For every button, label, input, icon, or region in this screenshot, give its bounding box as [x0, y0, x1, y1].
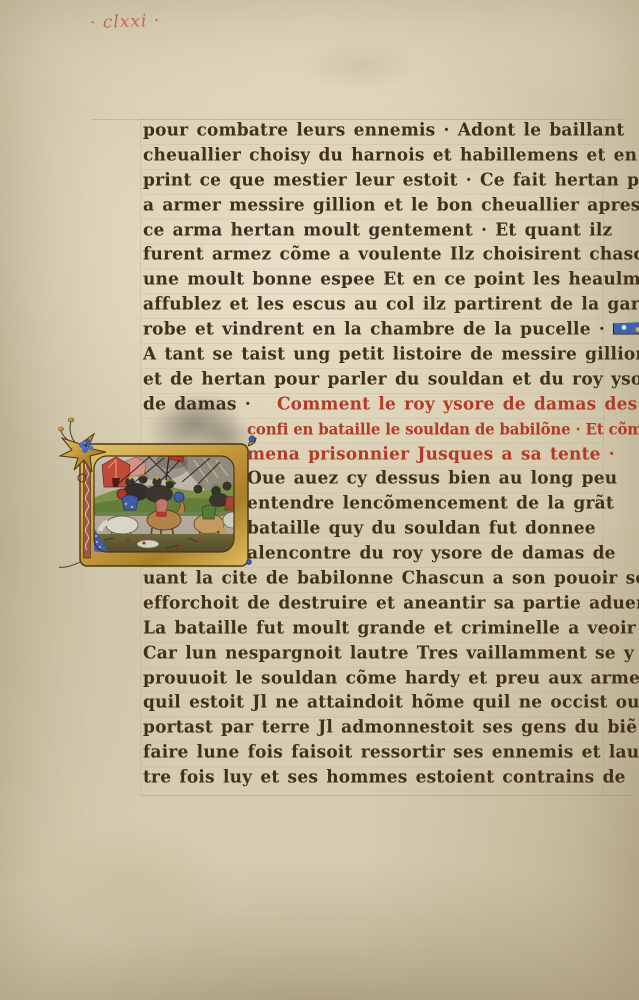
parchment-stain [30, 820, 230, 940]
text-line: une moult bonne espee Et en ce point les… [143, 267, 621, 293]
illuminated-initial-miniature [58, 412, 258, 580]
battle-scene [94, 448, 243, 552]
text-line: portast par terre Jl admonnestoit ses ge… [143, 715, 621, 741]
text-line: print ce que mestier leur estoit · Ce fa… [143, 168, 621, 194]
text-line: pour combatre leurs ennemis · Adont le b… [143, 118, 621, 144]
text-line: prouuoit le souldan cõme hardy et preu a… [143, 666, 621, 692]
manuscript-page: · clxxi · pour combatre leurs ennemis · … [0, 0, 639, 1000]
text-line: tre fois luy et ses hommes estoient cont… [143, 765, 621, 791]
folio-number: · clxxi · [90, 11, 161, 33]
text-line-segment: robe et vindrent en la chambre de la puc… [143, 319, 605, 340]
text-line: faire lune fois faisoit ressortir ses en… [143, 740, 621, 766]
ruling-line-bottom [140, 795, 632, 796]
text-line: La bataille fut moult grande et criminel… [143, 616, 621, 642]
text-line: robe et vindrent en la chambre de la puc… [143, 317, 621, 343]
parchment-stain [300, 40, 420, 90]
text-line: et de hertan pour parler du souldan et d… [143, 367, 621, 393]
text-line: ce arma hertan moult gentement · Et quan… [143, 218, 621, 244]
text-line: Car lun nespargnoit lautre Tres vaillamm… [143, 641, 621, 667]
text-line: affublez et les escus au col ilz partire… [143, 292, 621, 318]
text-line: quil estoit Jl ne attaindoit hõme quil n… [143, 690, 621, 716]
rubric-segment: Comment le roy ysore de damas des [277, 394, 637, 415]
text-line: furent armez cõme a voulente Ilz choisir… [143, 242, 621, 268]
text-line: A tant se taist ung petit listoire de me… [143, 342, 621, 368]
text-line: entendre lencõmencement de la grãt [247, 491, 621, 517]
rubric-line: confi en bataille le souldan de babilõne… [247, 417, 621, 443]
text-line: bataille quy du souldan fut donnee [247, 516, 621, 542]
line-filler-ornament [613, 321, 639, 335]
text-line: cheuallier choisy du harnois et habillem… [143, 143, 621, 169]
text-line: Oue auez cy dessus bien au long peu [247, 466, 621, 492]
text-line: a armer messire gillion et le bon cheual… [143, 193, 621, 219]
rubric-line: mena prisonnier Jusques a sa tente · [247, 442, 621, 468]
miniature-svg [58, 412, 258, 580]
text-line: efforchoit de destruire et aneantir sa p… [143, 591, 621, 617]
text-line: alencontre du roy ysore de damas de [247, 541, 621, 567]
